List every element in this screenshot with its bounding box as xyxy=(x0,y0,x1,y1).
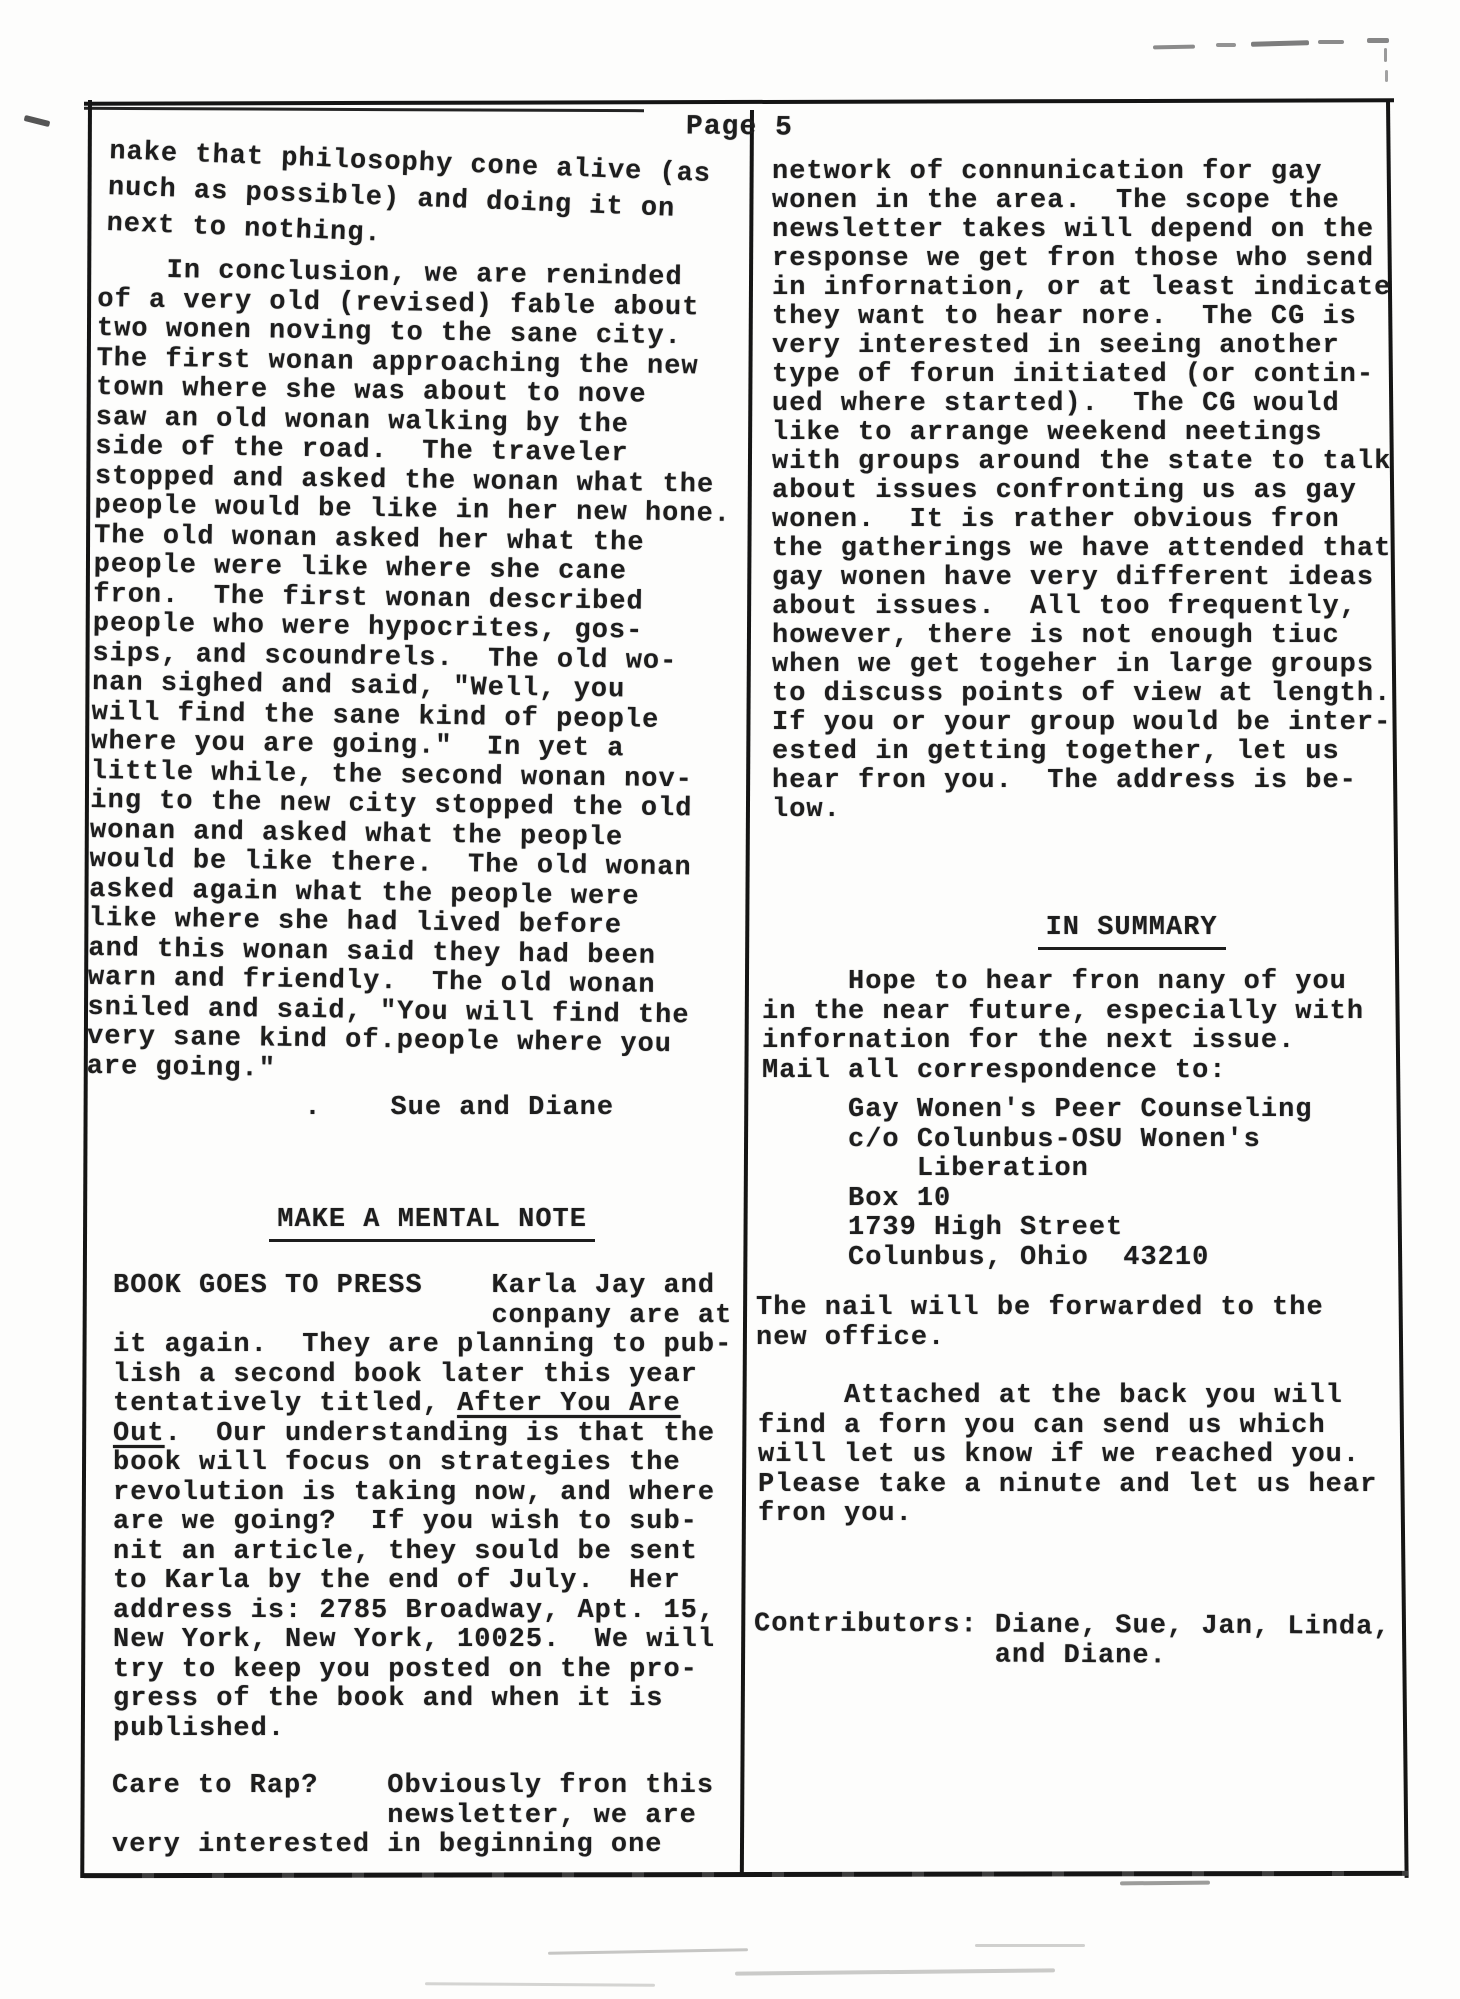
care-to-rap-paragraph: Care to Rap? Obviously fron this newslet… xyxy=(112,1772,714,1861)
scan-smudge xyxy=(1120,1881,1210,1886)
make-a-mental-note-header-text: MAKE A MENTAL NOTE xyxy=(269,1206,595,1243)
fable-paragraph: In conclusion, we are renindedof a very … xyxy=(86,256,734,1091)
page-border-top xyxy=(84,98,1394,105)
byline-sue-and-diane: . Sue and Diane xyxy=(98,1094,614,1124)
network-paragraph: network of connunication for gaywonen in… xyxy=(772,158,1391,825)
in-summary-header: IN SUMMARY xyxy=(756,884,1404,980)
scanned-newsletter-page: Page 5 nake that philosophy cone alive (… xyxy=(0,0,1460,1999)
scan-mark xyxy=(24,115,51,127)
scan-smudge xyxy=(735,1968,1055,1975)
scan-mark xyxy=(1251,40,1309,47)
scan-smudge xyxy=(548,1948,748,1954)
forward-note-paragraph: The nail will be forwarded to thenew off… xyxy=(756,1294,1324,1353)
scan-smudge xyxy=(975,1944,1085,1947)
scan-smudge xyxy=(425,1982,655,1987)
scan-mark xyxy=(1216,43,1236,47)
page-border-bottom xyxy=(84,1871,1408,1878)
in-summary-header-text: IN SUMMARY xyxy=(1038,914,1226,951)
scan-mark xyxy=(1318,40,1344,44)
make-a-mental-note-header: MAKE A MENTAL NOTE xyxy=(98,1176,663,1272)
page-number: Page 5 xyxy=(686,111,793,143)
attached-form-paragraph: Attached at the back you willfind a forn… xyxy=(758,1382,1377,1530)
page-border-top-double xyxy=(84,107,644,112)
book-goes-to-press-paragraph: BOOK GOES TO PRESS Karla Jay and conpany… xyxy=(113,1272,732,1744)
summary-paragraph: Hope to hear fron nany of youin the near… xyxy=(762,968,1364,1086)
scan-mark xyxy=(1385,70,1388,82)
scan-mark xyxy=(1153,45,1195,50)
intro-paragraph: nake that philosophy cone alive (asnuch … xyxy=(106,134,712,265)
contributors-line: Contributors: Diane, Sue, Jan, Linda, an… xyxy=(754,1610,1391,1672)
scan-mark xyxy=(1384,48,1387,62)
mailing-address-block: Gay Wonen's Peer Counseling c/o Colunbus… xyxy=(762,1096,1312,1273)
scan-mark xyxy=(1367,38,1389,43)
column-divider xyxy=(740,110,754,1874)
